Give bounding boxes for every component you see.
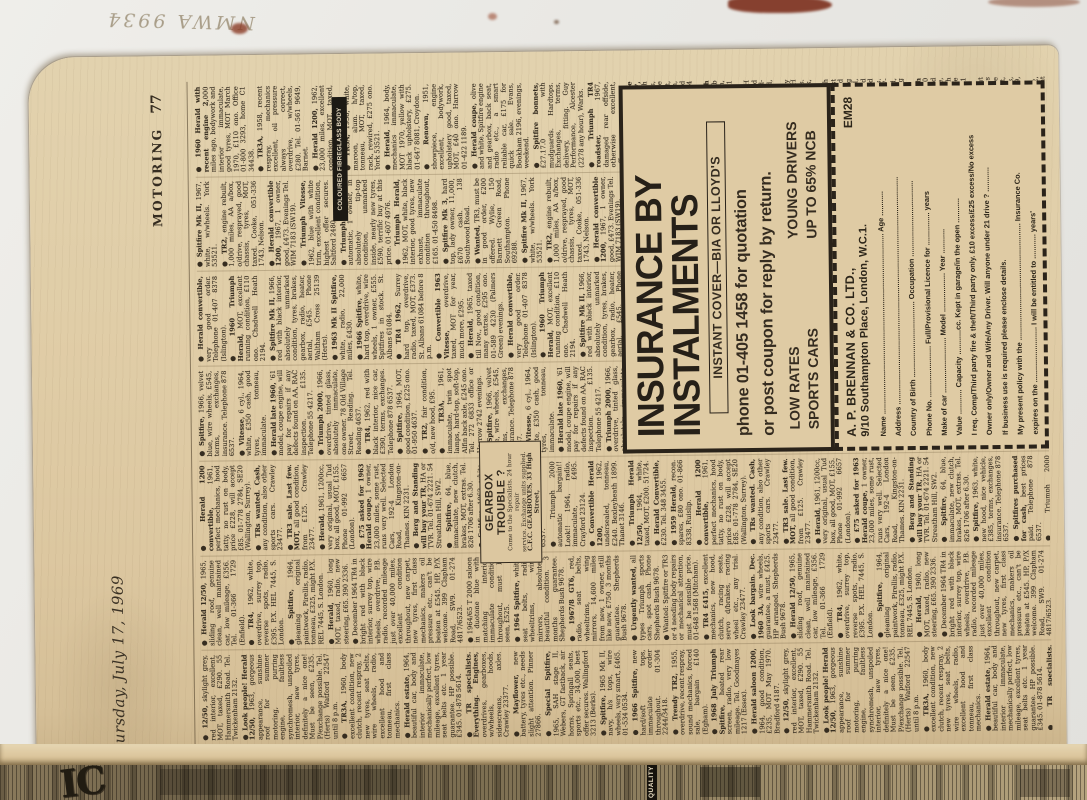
classified-ad: ● TR2, engine rebuilt, 1,000 miles, AA a… [220,181,266,267]
classified-ad: ● Trendy TR2, 1955, overdrive, recent re… [671,649,710,735]
classified-ad: ● Herald convertible, very good order. T… [197,276,228,362]
scanned-newspaper: Thursday, July 17, 1969 MOTORING77 ● 12/… [0,0,1087,800]
rust-stain [988,0,1080,7]
classified-ad: ● Urgently wanted, all types Triumph spo… [630,555,661,641]
classified-ad: ● Herald, 1960, long MOT, taxed, radio, … [916,551,940,637]
insurance-display-ad: INSURANCE BY INSTALMENTS INSTANT COVER—B… [619,80,1049,453]
gearbox-boxed-ad: GEARBOX TROUBLE ? Come to the Specialist… [479,441,542,564]
classified-ad: ● Spitfire, 1966, velvet blue, wire whee… [198,370,237,456]
masthead-date: Thursday, July 17, 1969 [109,575,129,764]
classified-ad: ● Triumph 2000 automatic bargain!! Look!… [1044,455,1050,541]
classified-ad: ● TR specialists. Everything. Engines, o… [465,651,511,737]
classified-ad: ● Herald 12/50, 1965, sliding roof, genu… [789,553,835,639]
low-rates-label: LOW RATES [785,328,805,429]
classified-ad: ● Special Spitfire, 1965, SAH stage II, … [545,650,599,736]
insurance-ad-top: INSURANCE BY INSTALMENTS INSTANT COVER—B… [619,83,835,454]
classified-ad: ● Mayflower, new battery, tyres etc., ne… [512,651,543,737]
classified-ad: ● Herald estate, 1964, beautiful car, bo… [403,652,464,738]
classified-ad: ● December 1964 TR4 in bright red with b… [940,550,1051,637]
newspaper-page: Thursday, July 17, 1969 MOTORING77 ● 12/… [28,45,1067,773]
classified-ad: ● Wanted, TR3, must be in good order, £2… [473,178,519,264]
rust-stain [488,13,497,20]
classified-ad: ● TR specialists. Everything. Engines, o… [1046,644,1052,730]
classified-ad: ● 1959 Herald, recon. spares, £80 ono. 0… [670,460,694,546]
classified-ad: ● Spitfire, 1964, gleaming original pain… [876,552,915,638]
classified-ad: ● Renown, 1951, showpiece, engine excell… [423,83,469,169]
underlying-reversed-label: QUALITY [647,765,657,800]
classified-ad: ● TR2, engine rebuilt, 1,000 miles, AA a… [545,177,591,263]
company-name: A. P. BRENNAN & CO. LTD., [843,268,859,437]
classified-ad: ● Herald, 1960, long MOT, taxed, radio, … [327,558,351,644]
classified-ad: ● 1966 Spitfire, new hard/soft tops, imm… [631,649,670,735]
underlying-print-block [700,767,760,797]
coupon-fields: Name ...................................… [872,94,1049,436]
classified-ad: ● Herald saloon 1200, 1964, good conditi… [751,648,782,734]
classified-ad: ● Convertible Herald 1200, 1962, underse… [589,460,628,546]
classified-ad: ● 1960 Triumph Herald, MOT, excellent ru… [539,272,578,358]
classified-ad: ● TR4 £415, excellent mechanics, new hoo… [702,554,748,640]
underlying-page: IC QUALITY [0,765,1087,800]
fibreglass-panels-banner: COLOURED FIBREGLASS BODY PANELS [332,97,349,221]
classified-ad: ● Triumph 2000 automatic bargain!! Look!… [549,461,588,547]
classified-ad: ● Look people! Herald 12/50, 1963, gorge… [822,646,921,733]
insurance-headline-2: INSTALMENTS [665,99,707,437]
classified-ad: ● Herald 1200 convertible, 1961, perfect… [199,465,253,551]
classified-ad: ● Herald 12/50, 1965, sliding roof, genu… [200,560,246,646]
classified-ad: ● Look people! Herald 12/50, 1963, gorge… [241,653,340,740]
classified-ad: ● 1968 July Triumph Spitfire, heated rea… [711,648,750,734]
section-title: MOTORING77 [149,94,167,227]
underlying-page-strip: IC QUALITY [0,744,1087,800]
classified-ad: ● December 1964 TR4 in bright red with b… [352,557,466,644]
header-rule [186,82,195,745]
classified-ad: ● Spitfire, 1965 Mk II, navy, h/s tops, … [599,650,630,736]
classified-ad: ● Herald, 1961, 1200cc, very original, u… [814,458,853,544]
classified-ad: ● TR4 1962, Surrey hard top, overdrive, … [395,273,434,359]
classified-ad: ● Herald convertible 1200, 1967, 1 owner… [268,180,299,266]
classified-ad: ● Berg and Standing will buy your TR, HA… [908,457,939,543]
classified-ad: ● 1964 Spitfire, white, seat belts, radi… [513,556,567,642]
classified-ad: ● £75 asked for 1963 Herald coupe, 1 own… [358,463,412,549]
classified-ad: ● Herald late 1960, '61 model, coupe eng… [557,366,603,452]
classified-ad: ● Spitfire Mk II, 1967, white, w/wheels.… [196,181,220,267]
classified-ad: ● Spitfire bonnets, £27.17.0 with mudgua… [532,82,586,168]
classified-ad: ● Spitfires purchased for cash, best pri… [1012,455,1043,541]
ncb-label: UP TO 65% NCB [801,121,821,239]
classified-ad: ● 12/50, skylight grey, red interior, ex… [201,655,240,741]
classified-ad: ● Vitesse, 6 cyl., 1964, white, £350 cas… [238,370,269,456]
rust-stain [231,23,248,34]
classified-ad: ● Spitfire Mk 3, hard top, lady owner, 1… [441,178,472,264]
classified-ad: ● TR4, 1962, white, overdrive, surrey to… [248,559,287,645]
classified-ad: ● Herald coupe, olive and white, Spitfir… [470,83,531,169]
classified-ad: ● TR3A, 1958, white, maroon, alum. h/top… [344,84,383,170]
classified-ad: ● Triumph Herald, 1962, MOT, white, blac… [394,178,440,264]
classified-ad: ● Wanted: Spitfire or TR3 or 4 needing b… [662,554,701,640]
classified-ad: ● Herald, 1965, taxed till Nov., good co… [467,272,506,358]
underlying-headline-fragment: IC [57,765,106,800]
classified-ad: ● Spitfire, 1964, gleaming original pain… [287,559,326,645]
gearbox-headline: GEARBOX TROUBLE ? [483,444,508,560]
classified-ad: ● Herald Convertible, £230. Tel. 348 345… [653,460,669,546]
classified-ad: ● Spitfire, 1964, MOT, good condition, £… [396,368,420,454]
ink-spot [554,20,559,24]
classified-ad: ● TR3A, 1961, immaculate, twin spot lamp… [438,367,484,453]
underlying-print-block [160,769,410,795]
classified-column-2: ● Herald 12/50, 1965, sliding roof, genu… [200,546,1051,651]
classified-ad: ● TR3A, 1958, recent respray, mechanics … [257,85,311,171]
classified-ad: ● Herald estate, 1964, beautiful car, bo… [984,645,1045,731]
instant-cover-box: INSTANT COVER—BIA OR LLOYD'S [706,121,729,414]
classified-ad: ● £75 asked for 1963 Herald coupe, 1 own… [853,457,907,543]
sports-cars-label: SPORTS CARS [804,328,824,429]
rates-row: LOW RATES SPORTS CARS YOUNG DRIVERS UP T… [775,97,824,436]
classified-ad: ● 1964/65 T 2000 saloon in duotone blue … [466,557,512,643]
classified-ad: ● TRs wanted. Cash, any condition, also … [254,465,285,551]
classified-ad: ● Spitfire, 64, blue, immaculate, new cl… [940,456,971,542]
classified-ad: ● Triumph Herald 12/50, 1964, white, tax… [628,460,652,546]
section-name: MOTORING [149,128,165,227]
classified-ad: ● 1967/8 GT6, red, radio, seat belts, wh… [568,555,629,641]
classified-ad: ● TRs wanted. Cash, any condition, also … [749,459,780,545]
classified-ad: ● TR2, fair condition, o/d, new hood, £9… [421,368,437,454]
underlying-print-block [1020,769,1070,797]
classified-ad: ● Herald, 1961, 1200cc, very original, u… [318,464,357,550]
page-curl-edge [0,744,1087,766]
phone-line: phone 01-405 1458 for quotation [731,98,754,436]
classified-ad: ● Triumph 2000, 1966, overdrive, tinted … [317,369,363,455]
classified-column-1: ● 12/50, skylight grey, red interior, ex… [201,641,1052,745]
classified-ad: ● 12/50, skylight grey, red interior, ex… [783,647,822,733]
classified-ad: ● Spitfire Mk II, 1967, white, w/wheels.… [521,177,545,263]
rates-left: LOW RATES SPORTS CARS [785,328,824,430]
classified-ad: ● Spitfire Mk II, 1966, red with black i… [269,275,330,361]
classified-ad: ● Herald late 1960, '61 model, coupe eng… [270,369,316,455]
rust-stain [728,0,832,13]
gearbox-line: Come to the Specialists. 24 hour repair [507,444,522,560]
classified-ad: ● Herald convertible, very good order. T… [507,272,538,358]
classified-ad: ● Herald 1200 convertible, 1961, perfect… [695,459,749,545]
classified-ad: ● TR4, 1962, red with black interior, ni… [364,368,395,454]
classified-ad: ● 1966 Spitfire, white, hard top, overdr… [356,274,395,360]
page-number: 77 [149,94,165,114]
rates-right: YOUNG DRIVERS UP TO 65% NCB [782,121,821,239]
classified-ad: ● Berg and Standing will buy your TR, HA… [413,463,444,549]
classified-ad: ● TR3 sale. Last few. MOT, all good cond… [286,464,317,550]
classified-ad: ● Convertible 1963 Vitesse, overdrive, t… [435,273,466,359]
insurance-coupon: A. P. BRENNAN & CO. LTD., EM28 9/10 Sout… [831,80,1049,451]
classified-ad: ● Spitfire, 1963, white, new hood, nice … [973,456,1012,542]
classified-ad: ● Spitfire, 64, blue, immaculate, new cl… [445,462,476,548]
classified-column-3: ● Herald 1200 convertible, 1961, perfect… [199,451,1050,556]
classified-ad: ● TR3A, 1960, body excellent condition, … [341,653,402,739]
classified-ad: ● TR4, 1962, white, overdrive, surrey to… [836,552,875,638]
classified-ad: ● 1960 Herald with recent engine 2,000 m… [195,86,256,172]
classified-ad: ● 1960 Triumph Herald, MOT, excellent ru… [229,275,268,361]
classified-ad: ● Herald, 1964, body, mechanics immacula… [383,84,422,170]
young-drivers-label: YOUNG DRIVERS [782,121,802,239]
classified-ad: ● TR3 sale. Last few. MOT, all good cond… [782,458,813,544]
classified-ad: ● Look bargain. Dec. 1960 3A, wire wheel… [749,553,788,639]
classified-ad: ● 1963 Mk II Spitfire, white, radio, 22,… [331,274,355,360]
coupon-code: EM28 [841,97,855,129]
classified-ad: ● TR3A, 1960, body excellent condition, … [922,645,983,731]
